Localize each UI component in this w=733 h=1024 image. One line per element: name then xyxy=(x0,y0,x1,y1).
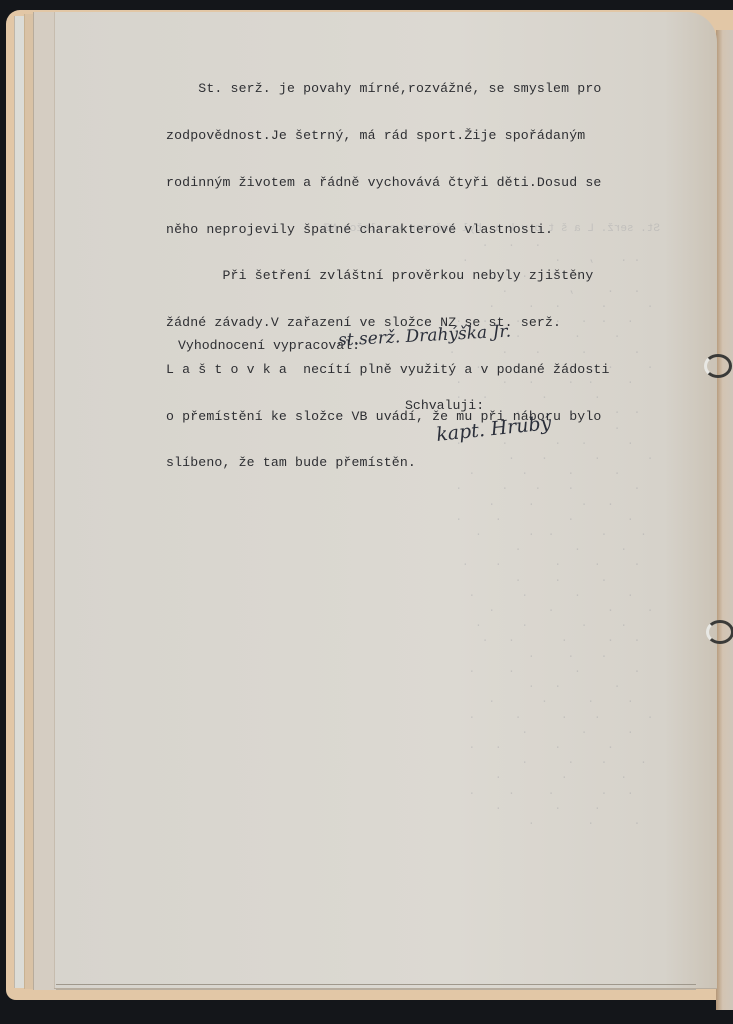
prepared-by-label: Vyhodnocení vypracoval: xyxy=(178,338,360,353)
paragraph-line: něho neprojevily špatné charakterové vla… xyxy=(166,222,610,238)
paragraph-line: Při šetření zvláštní prověrkou nebyly zj… xyxy=(166,268,610,284)
binding-ring-icon xyxy=(704,354,732,378)
page-bottom-edge xyxy=(56,984,696,990)
paragraph-line: slíbeno, že tam bude přemístěn. xyxy=(166,455,610,471)
paragraph-line: zodpovědnost.Je šetrný, má rád sport.Žij… xyxy=(166,128,610,144)
paragraph-line: rodinným životem a řádně vychovává čtyři… xyxy=(166,175,610,191)
binding-ring-icon xyxy=(706,620,733,644)
paragraph-line: L a š t o v k a necítí plně využitý a v … xyxy=(166,362,610,378)
paragraph-line: St. serž. je povahy mírné,rozvážné, se s… xyxy=(166,81,610,97)
approval-label: Schvaluji: xyxy=(405,398,484,413)
binding-spine xyxy=(716,30,733,1010)
